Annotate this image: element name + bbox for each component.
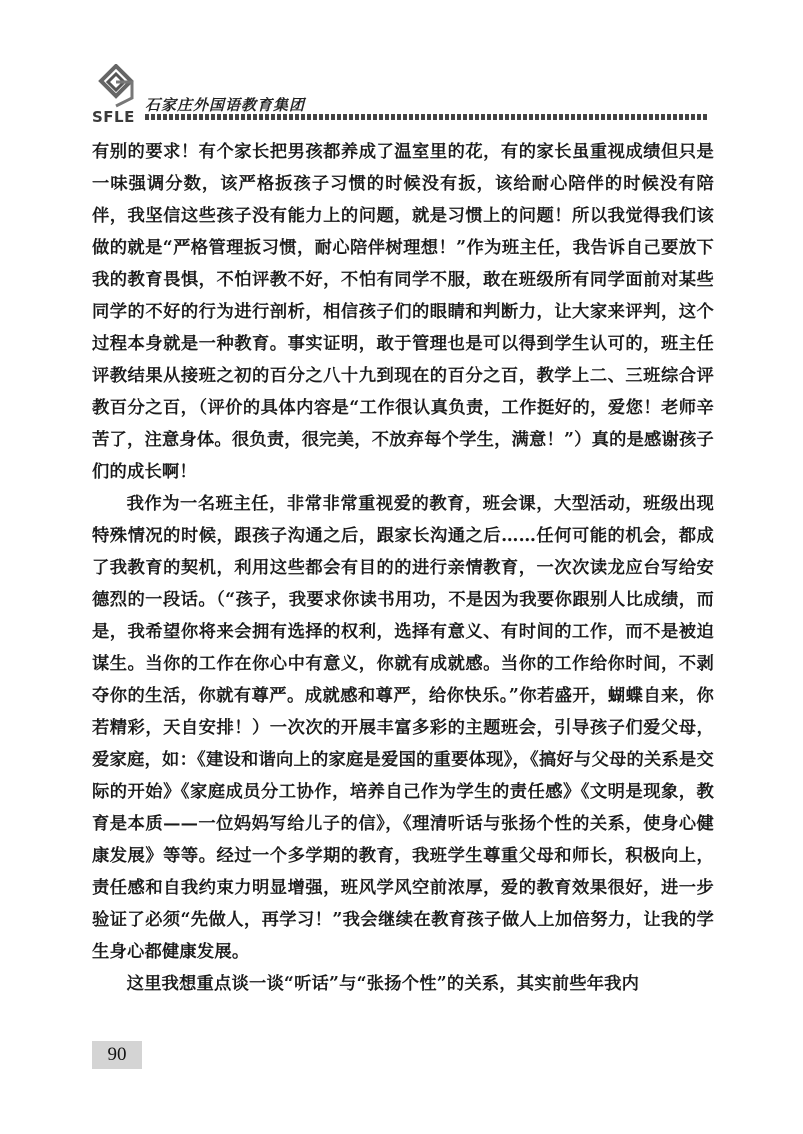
logo-text: SFLE [92,108,135,126]
page-number: 90 [92,1041,142,1069]
sfle-logo: SFLE [92,62,138,126]
sfle-swirl-logo-icon [98,64,134,108]
organization-name: 石家庄外国语教育集团 [145,94,305,115]
page-body: 有别的要求！有个家长把男孩都养成了温室里的花，有的家长虽重视成绩但只是一味强调分… [92,136,714,1000]
page-header: SFLE 石家庄外国语教育集团 [92,62,712,126]
header-dotted-rule [145,114,708,120]
paragraph-3: 这里我想重点谈一谈“听话”与“张扬个性”的关系，其实前些年我内 [92,968,714,1000]
paragraph-2: 我作为一名班主任，非常非常重视爱的教育，班会课，大型活动，班级出现特殊情况的时候… [92,488,714,968]
paragraph-1: 有别的要求！有个家长把男孩都养成了温室里的花，有的家长虽重视成绩但只是一味强调分… [92,136,714,488]
